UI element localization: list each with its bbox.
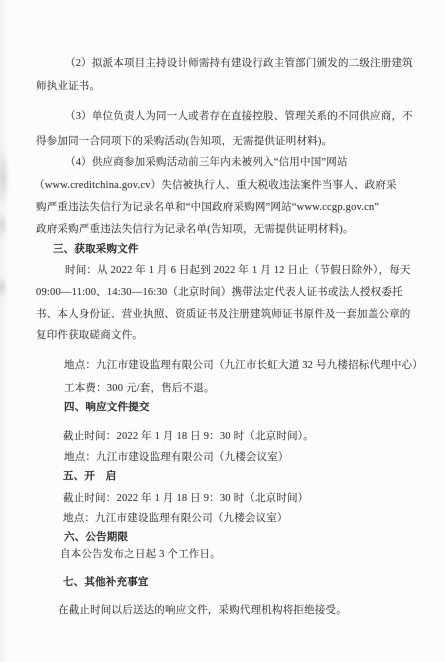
document-line: （www.creditchina.gov.cv）失信被执行人、重大税收违法案件当… <box>34 177 397 192</box>
scan-edge-shadow <box>0 0 10 662</box>
document-line: 购严重违法失信行为记录名单和“中国政府采购网”网站“www.ccgp.gov.c… <box>36 199 379 214</box>
document-line: 工本费：300 元/套，售后不退。 <box>64 380 215 395</box>
document-line: 截止时间：2022 年 1 月 18 日 9：30 时（北京时间）。 <box>63 428 314 443</box>
document-line: 地点：九江市建设监理有限公司（九楼会议室） <box>64 449 289 464</box>
section-heading-opening: 五、开 启 <box>63 468 117 483</box>
document-line: 自本公告发布之日起 3 个工作日。 <box>60 546 221 561</box>
document-line: 书、本人身份证、营业执照、资质证书及注册建筑师证书原件及一套加盖公章的 <box>36 306 411 321</box>
scanned-document-page: （2）拟派本项目主持设计师需持有建设行政主管部门颁发的二级注册建筑 师执业证书。… <box>0 0 445 662</box>
document-line: 政府采购严重违法失信行为记录名单(告知项，无需提供证明材料)。 <box>36 221 354 236</box>
document-line: （2）拟派本项目主持设计师需持有建设行政主管部门颁发的二级注册建筑 <box>65 55 413 70</box>
section-heading-other-matters: 七、其他补充事宜 <box>63 574 149 589</box>
document-line: （3）单位负责人为同一人或者存在直接控股、管理关系的不同供应商，不 <box>65 108 413 123</box>
document-line: 师执业证书。 <box>36 78 100 93</box>
document-line: 截止时间：2022 年 1 月 18 日 9：30 时（北京时间） <box>63 490 308 505</box>
document-line: 在截止时间以后送达的响应文件，采购代理机构将拒绝接受。 <box>58 602 347 617</box>
document-line: 时间：从 2022 年 1 月 6 日起到 2022 年 1 月 12 日止（节… <box>65 262 411 277</box>
document-line: 09:00—11:00、14:30—16:30（北京时间）携带法定代表人证书或法… <box>36 284 403 299</box>
document-line: 地点：九江市建设监理有限公司（九江市长虹大道 32 号九楼招标代理中心） <box>64 357 423 372</box>
document-line: （4）供应商参加采购活动前三年内未被列入“信用中国”网站 <box>65 154 348 169</box>
document-line: 复印件获取磋商文件。 <box>36 327 143 342</box>
section-heading-obtain-documents: 三、获取采购文件 <box>53 241 139 256</box>
section-heading-response-submission: 四、响应文件提交 <box>64 399 150 414</box>
section-heading-announcement-period: 六、公告期限 <box>64 529 128 544</box>
document-line: 地点：九江市建设监理有限公司（九楼会议室） <box>63 510 288 525</box>
document-line: 得参加同一合同项下的采购活动(告知项，无需提供证明材料)。 <box>36 133 332 148</box>
